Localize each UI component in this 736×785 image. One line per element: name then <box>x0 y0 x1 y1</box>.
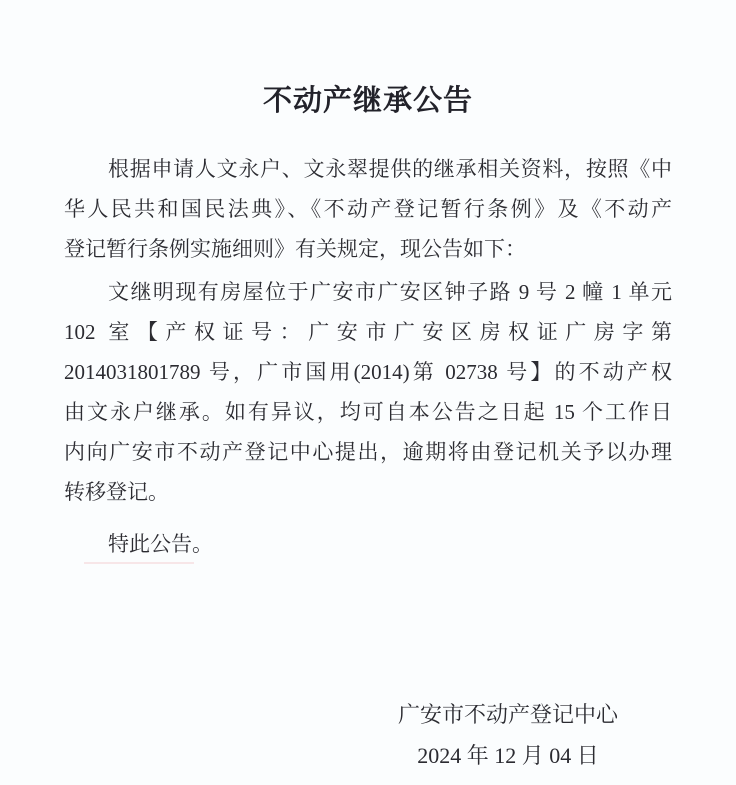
body-line-2: 华人民共和国民法典》、《不动产登记暂行条例》及《不动产 <box>64 189 672 229</box>
body-line-10: 特此公告。 <box>64 524 672 564</box>
body-line-8: 内向广安市不动产登记中心提出，逾期将由登记机关予以办理 <box>64 432 672 472</box>
body-line-4: 文继明现有房屋位于广安市广安区钟子路 9 号 2 幢 1 单元 <box>64 272 672 312</box>
issue-date: 2024 年 12 月 04 日 <box>398 735 618 776</box>
notice-document: 不动产继承公告 根据申请人文永户、文永翠提供的继承相关资料，按照《中 华人民共和… <box>0 0 736 785</box>
issuer-name: 广安市不动产登记中心 <box>398 694 618 735</box>
body-line-5: 102 室【产权证号：广安市广安区房权证广房字第 <box>64 312 672 352</box>
notice-body: 根据申请人文永户、文永翠提供的继承相关资料，按照《中 华人民共和国民法典》、《不… <box>64 149 672 564</box>
body-line-7: 由文永户继承。如有异议，均可自本公告之日起 15 个工作日 <box>64 392 672 432</box>
body-line-9: 转移登记。 <box>64 472 672 512</box>
body-line-3: 登记暂行条例实施细则》有关规定，现公告如下： <box>64 229 672 269</box>
scan-artifact <box>84 562 194 564</box>
page-title: 不动产继承公告 <box>0 0 736 119</box>
body-line-1: 根据申请人文永户、文永翠提供的继承相关资料，按照《中 <box>64 149 672 189</box>
signature-block: 广安市不动产登记中心 2024 年 12 月 04 日 <box>398 694 618 776</box>
body-line-6: 2014031801789 号，广市国用(2014)第 02738 号】的不动产… <box>64 352 672 392</box>
